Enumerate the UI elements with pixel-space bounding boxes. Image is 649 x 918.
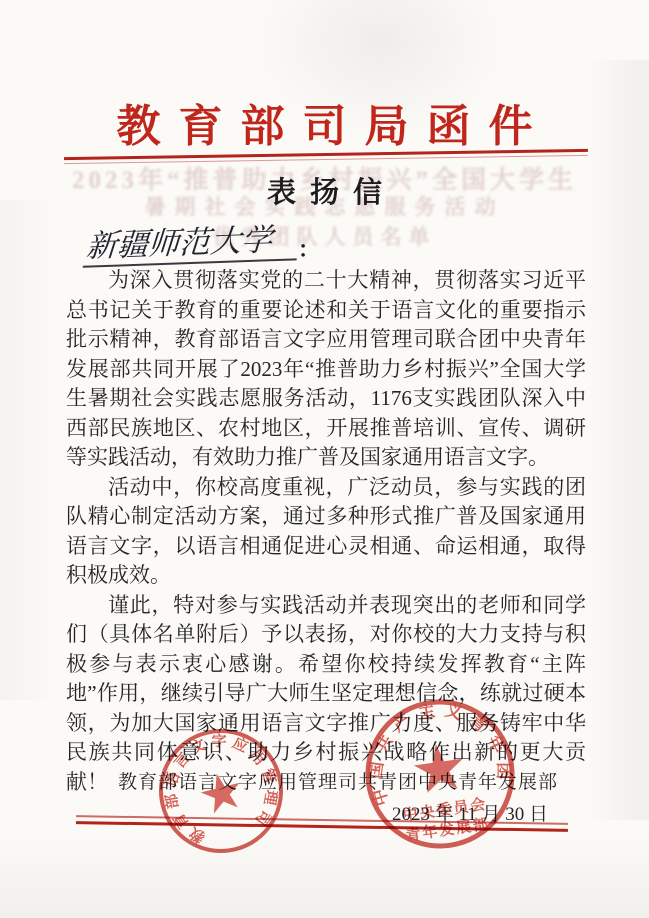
scanned-letter-page: 教育部司局函件 2023年“推普助力乡村振兴”全国大学生 暑期社会实践志愿服务活…	[0, 0, 649, 918]
body-paragraph: 活动中，你校高度重视，广泛动员，参与实践的团队精心制定活动方案，通过多种形式推广…	[66, 473, 586, 591]
letterhead-title: 教育部司局函件	[0, 90, 649, 154]
letter-title: 表扬信	[0, 170, 649, 211]
scan-artifact	[0, 830, 649, 918]
body-paragraph: 为深入贯彻落实党的二十大精神，贯彻落实习近平总书记关于教育的重要论述和关于语言文…	[66, 266, 586, 473]
recipient-colon: ：	[298, 237, 320, 262]
seal-right-youth-league: 中国共产主义青年团 中央委员会 青年发展部	[352, 686, 528, 862]
scan-artifact	[0, 200, 60, 700]
recipient-name-handwritten: 新疆师范大学	[83, 222, 300, 268]
star-icon	[411, 741, 466, 794]
star-icon	[197, 769, 245, 816]
recipient-line: 新疆师范大学：	[84, 226, 320, 264]
